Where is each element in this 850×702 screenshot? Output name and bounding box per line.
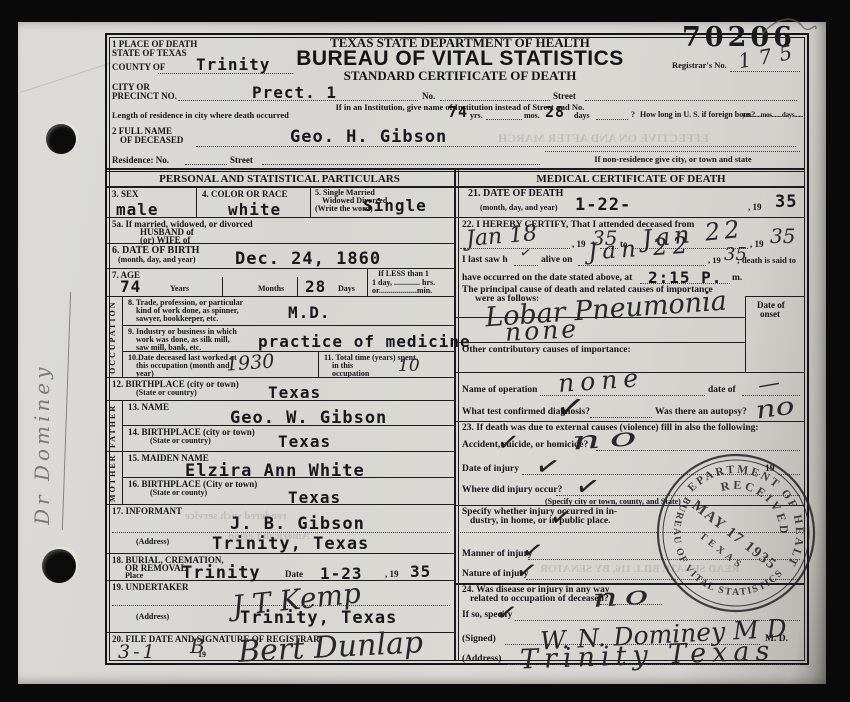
race-label: 4. COLOR OR RACE: [202, 190, 288, 199]
father-birthplace-value: Texas: [278, 432, 331, 451]
contributory-label: Other contributory causes of importance:: [462, 346, 631, 356]
dob-sublabel: (month, day, and year): [118, 256, 196, 264]
item21-label: 21. DATE OF DEATH: [468, 189, 563, 200]
column-divider: [458, 168, 459, 660]
banner-personal: PERSONAL AND STATISTICAL PARTICULARS: [105, 174, 454, 186]
last-worked-value: 1930: [225, 350, 275, 375]
residence-years-value: 74: [448, 103, 468, 121]
rule-line: [105, 377, 454, 378]
rule-line: [745, 296, 805, 297]
dotted-leader: [185, 163, 227, 165]
dotted-leader: [440, 99, 550, 101]
dotted-leader: [196, 145, 796, 147]
item14-sublabel: (State or country): [150, 437, 211, 445]
autopsy-label: Was there an autopsy?: [655, 408, 747, 418]
rule-line: [105, 217, 805, 218]
fullname-label-2: OF DECEASED: [120, 136, 183, 145]
residence-no-label: Residence: No.: [112, 156, 169, 165]
cell-divider: [318, 351, 319, 377]
months-label: Months: [258, 285, 284, 293]
margin-pencil-note: Dr Dominey: [30, 295, 54, 525]
occurred-label: have occurred on the date stated above, …: [462, 274, 632, 284]
registrar-initial: B: [190, 634, 205, 658]
dob-value: Dec. 24, 1860: [235, 249, 381, 269]
burial-year-value: 35: [410, 562, 431, 581]
rule-line: [122, 477, 454, 478]
item24-label-2: related to occupation of deceased?: [470, 595, 609, 605]
occupation-value: M.D.: [288, 303, 331, 322]
death-year-value: 35: [775, 192, 797, 212]
days-label: days: [574, 112, 590, 120]
less-than-label-3: or...................min.: [372, 287, 432, 295]
burial-19-label: , 19: [385, 570, 399, 579]
rule-line: [122, 325, 454, 326]
street-label: Street: [553, 92, 576, 101]
dotted-leader: [112, 531, 450, 533]
dotted-leader: [596, 118, 628, 120]
to-19-label: , 19: [750, 240, 764, 249]
cell-divider: [196, 186, 197, 217]
operation-label: Name of operation: [462, 386, 537, 396]
cell-divider: [367, 268, 368, 296]
burial-date-label: Date: [285, 570, 303, 579]
mother-vertical-label: MOTHER: [108, 456, 117, 502]
cell-divider: [222, 277, 223, 296]
rule-line: [105, 296, 454, 297]
dotted-leader: [112, 604, 450, 606]
marital-value: Single: [363, 196, 427, 215]
residence-days-value: 28: [545, 103, 565, 121]
scanned-death-certificate: Dr Dominey EFFECTIVE ON AND AFTER MARCH …: [0, 0, 850, 702]
no-label: No.: [422, 92, 435, 101]
industry-value: practice of medicine: [258, 332, 471, 351]
item17-label: 17. INFORMANT: [112, 507, 182, 516]
from-19-label: , 19: [572, 240, 586, 249]
column-divider: [454, 168, 456, 660]
injury-date-label: Date of injury: [462, 465, 519, 475]
precinct-no-label: PRECINCT NO.: [112, 92, 177, 101]
rule-line: [456, 342, 745, 343]
years-label: Years: [170, 285, 189, 293]
item19-label: 19. UNDERTAKER: [112, 583, 189, 592]
dotted-leader: [590, 416, 652, 418]
undertaker-address-label: (Address): [136, 613, 169, 621]
age-years-value: 74: [120, 277, 141, 296]
cell-divider: [297, 277, 298, 296]
dotted-leader: [545, 150, 800, 152]
informant-address-label: (Address): [136, 538, 169, 546]
received-stamp: DEPARTMENT OF HEALTH BUREAU OF VITAL STA…: [650, 447, 822, 619]
mos-label: mos.: [524, 112, 540, 120]
punch-hole-bottom: [42, 549, 76, 583]
foreign-born-trail: yrs.......mos.......days......: [742, 112, 803, 119]
dotted-leader: [640, 282, 730, 284]
dotted-leader: [460, 247, 570, 249]
last-saw-label-3: ; death is said to: [737, 256, 796, 265]
onset-label-2: onset: [760, 310, 780, 319]
punch-hole-top: [46, 124, 76, 154]
dotted-leader: [486, 118, 522, 120]
rule-line: [105, 451, 454, 452]
last-saw-label-2: alive on: [541, 256, 572, 266]
item8-label-3: sawyer, bookkeeper, etc.: [136, 315, 218, 323]
physician-address-label: (Address): [462, 655, 501, 665]
title-standard: STANDARD CERTIFICATE OF DEATH: [270, 69, 650, 83]
rule-line: [105, 580, 454, 581]
state-of-texas-label: STATE OF TEXAS: [112, 49, 187, 58]
item12-sublabel: (State or country): [136, 389, 197, 397]
non-residence-note: If non-residence give city, or town and …: [548, 155, 798, 164]
deceased-name-value: Geo. H. Gibson: [290, 127, 447, 147]
where-injury-label: Where did injury occur?: [462, 486, 562, 496]
undertaker-address-value: Trinity, Texas: [240, 608, 397, 628]
rule-line: [122, 425, 454, 426]
informant-address-value: Trinity, Texas: [212, 534, 369, 554]
rule-line: [105, 553, 454, 554]
last-saw-label-1: I last saw h: [462, 256, 508, 266]
sex-label: 3. SEX: [112, 190, 139, 199]
dotted-leader: [585, 99, 797, 101]
mother-name-value: Elzira Ann White: [185, 461, 365, 481]
residence-length-label: Length of residence in city where death …: [112, 111, 289, 120]
item16-sublabel: (State or county): [150, 489, 207, 497]
rule-line: [105, 243, 454, 244]
related-value: no: [591, 580, 656, 613]
test-label: What test confirmed diagnosis?: [462, 408, 590, 418]
rule-line: [105, 504, 454, 505]
banner-medical: MEDICAL CERTIFICATE OF DEATH: [457, 174, 805, 186]
autopsy-value: no: [754, 391, 796, 424]
total-time-value: 10: [398, 356, 420, 376]
death-19-label: , 19: [748, 203, 762, 212]
cell-divider: [310, 186, 311, 217]
file-date-value: 3-1: [118, 641, 158, 663]
accident-label: Accident, suicide, or homicide?: [462, 441, 588, 451]
occupation-vertical-label: OCCUPATION: [108, 300, 117, 374]
dotted-leader: [578, 264, 706, 266]
foreign-born-label: How long in U. S. if foreign born?: [640, 111, 755, 119]
residence-street-label: Street: [230, 156, 253, 165]
to-year-value: 35: [770, 224, 795, 248]
father-vertical-label: FATHER: [108, 404, 117, 448]
signed-label: (Signed): [462, 635, 496, 645]
rule-line: [122, 351, 454, 352]
last-saw-19-label: , 19: [708, 256, 721, 265]
death-date-value: 1-22-: [575, 195, 631, 215]
onset-box-divider: [745, 296, 746, 372]
dotted-leader: [262, 163, 540, 165]
dotted-leader: [178, 99, 418, 101]
registrar-no-label: Registrar's No.: [672, 61, 727, 70]
pencil-mark: [758, 12, 820, 42]
item13-label: 13. NAME: [128, 403, 169, 412]
days-cell-label: Days: [338, 285, 355, 293]
dotted-leader: [514, 264, 538, 266]
time-m-label: m.: [732, 274, 742, 284]
age-days-value: 28: [305, 277, 326, 296]
occupation-strip-divider: [122, 296, 123, 377]
yrs-label: yrs.: [470, 112, 483, 120]
date-of-label: date of: [708, 386, 736, 396]
rule-line: [105, 400, 454, 401]
specify-label-2: dustry, in home, or in public place.: [470, 517, 611, 527]
question-mark: ?: [631, 111, 635, 119]
item21-sublabel: (month, day, and year): [480, 204, 558, 212]
